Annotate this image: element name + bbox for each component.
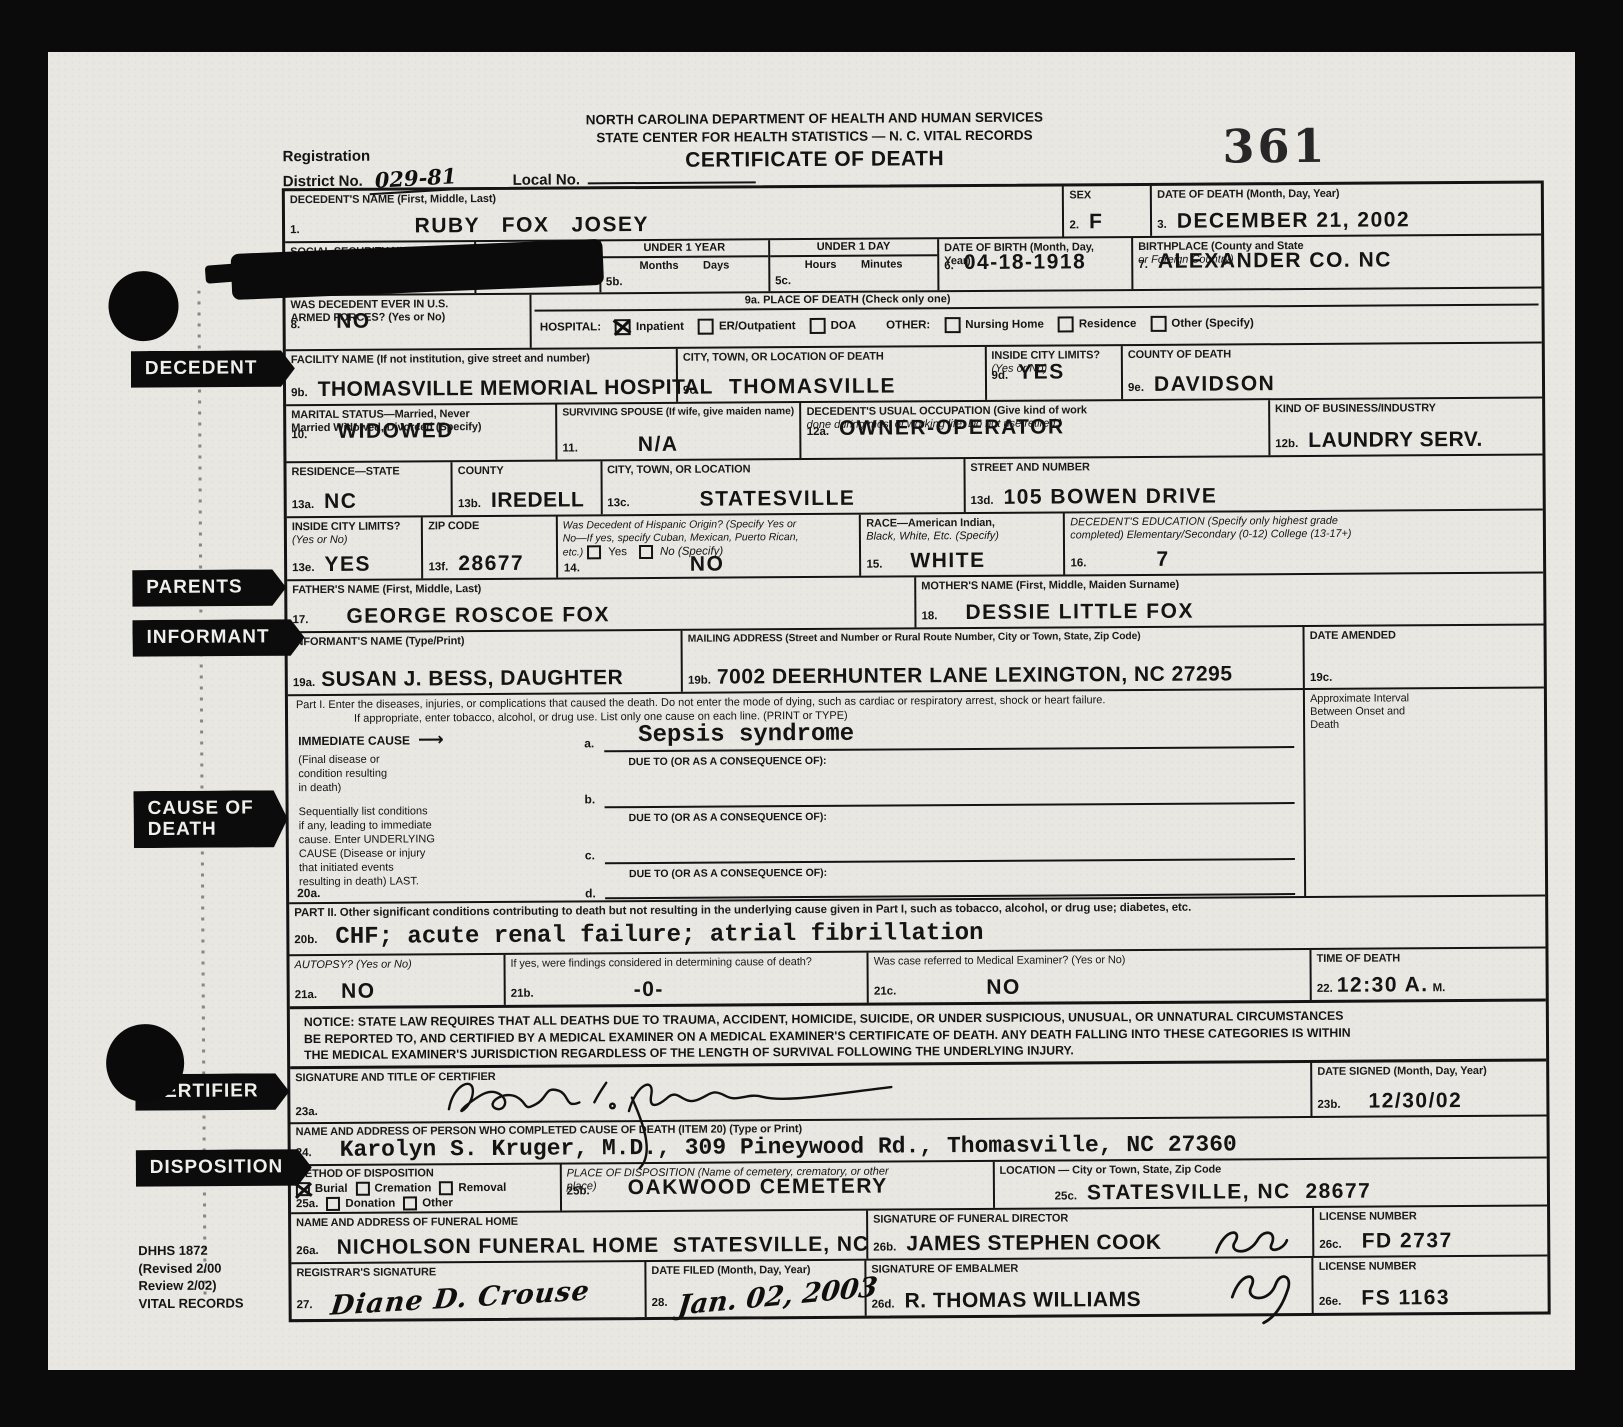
funeral-home-value: NICHOLSON FUNERAL HOME STATESVILLE, NC — [337, 1234, 870, 1258]
res-limits-label2: (Yes or No) — [292, 534, 416, 548]
row-certifier-signature: SIGNATURE AND TITLE OF CERTIFIER 23a. DA… — [290, 1059, 1546, 1123]
findings-value: -0- — [634, 979, 664, 1000]
education-value: 7 — [1156, 549, 1169, 570]
dob-value: 04-18-1918 — [964, 252, 1087, 274]
mother-num: 18. — [921, 610, 937, 622]
embalmer-value: R. THOMAS WILLIAMS — [905, 1289, 1142, 1311]
row-parents: FATHER'S NAME (First, Middle, Last) 17.G… — [287, 572, 1543, 632]
field-business-industry: KIND OF BUSINESS/INDUSTRY 12b.LAUNDRY SE… — [1268, 399, 1542, 456]
field-decedent-name: DECEDENT'S NAME (First, Middle, Last) 1.… — [285, 186, 1063, 241]
under1day-cols: Hours Minutes — [775, 257, 932, 274]
pod-opt-other: Other (Specify) — [1171, 318, 1254, 331]
res-limits-value: YES — [324, 554, 371, 575]
field-method-of-disposition: METHOD OF DISPOSITION Burial Cremation R… — [291, 1165, 560, 1213]
arrow-icon: ⟶ — [418, 733, 444, 748]
field-hispanic-origin: Was Decedent of Hispanic Origin? (Specif… — [556, 515, 860, 578]
certifier-signature — [345, 1067, 1005, 1131]
date-signed-value: 12/30/02 — [1368, 1090, 1462, 1112]
referred-value: NO — [986, 977, 1021, 998]
field-under-1-day: UNDER 1 DAY Hours Minutes 5c. — [768, 239, 938, 291]
immediate-cause-sub3: in death) — [298, 782, 341, 796]
immediate-cause-sub2: condition resulting — [298, 768, 387, 782]
field-mother-name: MOTHER'S NAME (First, Middle, Maiden Sur… — [914, 574, 1543, 628]
field-funeral-home: NAME AND ADDRESS OF FUNERAL HOME 26a.NIC… — [291, 1211, 866, 1263]
field-notice: NOTICE: STATE LAW REQUIRES THAT ALL DEAT… — [290, 1002, 1546, 1067]
cod-county-value: DAVIDSON — [1154, 373, 1275, 395]
under1day-num: 5c. — [775, 275, 791, 287]
race-label2: Black, White, Etc. (Specify) — [866, 530, 1058, 544]
interval-label3: Death — [1310, 718, 1539, 733]
field-date-signed: DATE SIGNED (Month, Day, Year) 23b.12/30… — [1310, 1062, 1546, 1116]
scanned-paper: NORTH CAROLINA DEPARTMENT OF HEALTH AND … — [48, 52, 1575, 1370]
certificate-form: DECEDENT'S NAME (First, Middle, Last) 1.… — [282, 181, 1551, 1323]
hispanic-num: 14. — [564, 562, 580, 574]
zip-num: 13f. — [428, 561, 448, 573]
place-disp-value: OAKWOOD CEMETERY — [628, 1176, 888, 1199]
race-num: 15. — [866, 559, 882, 571]
row-marital: MARITAL STATUS—Married, Never Married Wi… — [286, 397, 1542, 462]
field-date-of-birth: DATE OF BIRTH (Month, Day, Year) 6.04-18… — [937, 238, 1131, 290]
local-no-blank — [588, 181, 756, 184]
autopsy-value: NO — [341, 981, 376, 1002]
informant-value: SUSAN J. BESS, DAUGHTER — [321, 667, 623, 690]
lic-director-value: FD 2737 — [1362, 1230, 1453, 1252]
row-informant: INFORMANT'S NAME (Type/Print) 19a.SUSAN … — [288, 624, 1544, 695]
line-c-underline — [605, 858, 1295, 864]
director-num: 26b. — [873, 1241, 896, 1253]
lic-director-num: 26c. — [1319, 1239, 1341, 1251]
line-b-letter: b. — [584, 792, 595, 806]
field-residence-state: RESIDENCE—STATE 13a.NC — [286, 462, 451, 516]
embalmer-initials-signature — [1218, 1262, 1306, 1315]
field-occupation: DECEDENT'S USUAL OCCUPATION (Give kind o… — [799, 400, 1268, 458]
lic-embalmer-num: 26e. — [1319, 1296, 1341, 1308]
marital-value: WIDOWED — [337, 421, 454, 443]
row-registrar: REGISTRAR'S SIGNATURE 27. Diane D. Crous… — [291, 1255, 1547, 1320]
row-notice: NOTICE: STATE LAW REQUIRES THAT ALL DEAT… — [290, 999, 1546, 1067]
field-approximate-interval: Approximate Interval Between Onset and D… — [1303, 689, 1545, 896]
page-number-stamp: 361 — [1222, 119, 1327, 174]
field-under-1-year: UNDER 1 YEAR Months Days 5b. — [599, 240, 769, 292]
row-part2: PART II. Other significant conditions co… — [289, 895, 1545, 955]
part2-label: PART II. Other significant conditions co… — [294, 900, 1540, 921]
date-filed-handwriting: Jan. 02, 2003 — [676, 1272, 879, 1322]
place-disp-num: 25b. — [567, 1186, 590, 1198]
education-label2: completed) Elementary/Secondary (0-12) C… — [1070, 527, 1538, 543]
res-street-num: 13d. — [970, 495, 993, 507]
dob-num: 6. — [944, 260, 954, 272]
field-findings-considered: If yes, were findings considered in dete… — [503, 953, 867, 1005]
row-facility: FACILITY NAME (If not institution, give … — [286, 342, 1542, 405]
tod-num: 22. — [1317, 983, 1333, 995]
field-place-of-death: 9a. PLACE OF DEATH (Check only one) HOSP… — [530, 289, 1542, 348]
res-county-label: COUNTY — [458, 464, 595, 478]
part2-num: 20b. — [294, 934, 317, 946]
under1day-heading: UNDER 1 DAY — [770, 239, 937, 257]
field-registrar-signature: REGISTRAR'S SIGNATURE 27. Diane D. Crous… — [291, 1262, 644, 1319]
referred-label: Was case referred to Medical Examiner? (… — [874, 953, 1305, 969]
occupation-num: 12a. — [807, 426, 829, 438]
part2-value: CHF; acute renal failure; atrial fibrill… — [335, 922, 983, 950]
part1-num: 20a. — [297, 886, 320, 900]
cod-limits-num: 9d. — [992, 370, 1009, 382]
tod-value: 12:30 A. — [1337, 974, 1429, 996]
field-facility-name: FACILITY NAME (If not institution, give … — [286, 349, 676, 404]
field-father-name: FATHER'S NAME (First, Middle, Last) 17.G… — [287, 577, 914, 631]
loc-disp-num: 25c. — [1055, 1190, 1077, 1202]
res-limits-label: INSIDE CITY LIMITS? — [292, 520, 416, 534]
zip-value: 28677 — [458, 553, 524, 574]
res-city-value: STATESVILLE — [700, 488, 856, 510]
findings-num: 21b. — [511, 988, 534, 1000]
pod-opt-er: ER/Outpatient — [719, 320, 796, 332]
funeral-home-num: 26a. — [296, 1245, 318, 1257]
dod-value: DECEMBER 21, 2002 — [1177, 209, 1410, 231]
field-residence-limits: INSIDE CITY LIMITS? (Yes or No) 13e.YES — [287, 517, 422, 579]
seq-line2: if any, leading to immediate — [299, 819, 432, 834]
res-street-label: STREET AND NUMBER — [970, 459, 1537, 476]
tab-cause-line2: DEATH — [148, 818, 217, 839]
field-city-of-death: CITY, TOWN, OR LOCATION OF DEATH 9c.THOM… — [676, 347, 985, 402]
field-medical-examiner-referred: Was case referred to Medical Examiner? (… — [867, 950, 1310, 1003]
immediate-cause-label: IMMEDIATE CAUSE — [298, 734, 410, 749]
cod-limits-value: YES — [1018, 362, 1065, 383]
tab-disposition: DISPOSITION — [136, 1149, 312, 1187]
occupation-value: OWNER-OPERATOR — [839, 417, 1065, 439]
forces-num: 8. — [291, 319, 301, 331]
race-label: RACE—American Indian, — [866, 516, 1058, 530]
cause-a-value: Sepsis syndrome — [638, 723, 854, 748]
field-director-license: LICENSE NUMBER 26c.FD 2737 — [1312, 1207, 1547, 1256]
business-num: 12b. — [1275, 438, 1298, 450]
field-place-of-disposition: PLACE OF DISPOSITION (Name of cemetery, … — [560, 1162, 993, 1211]
spouse-num: 11. — [562, 442, 577, 454]
field-embalmer-signature: SIGNATURE OF EMBALMER 26d.R. THOMAS WILL… — [864, 1258, 1312, 1316]
field-county-of-death: COUNTY OF DEATH 9e.DAVIDSON — [1121, 344, 1542, 400]
checkbox-nursing-home — [944, 317, 960, 333]
certificate-content: NORTH CAROLINA DEPARTMENT OF HEALTH AND … — [44, 47, 1579, 1374]
res-county-value: IREDELL — [491, 489, 584, 511]
date-signed-label: DATE SIGNED (Month, Day, Year) — [1317, 1065, 1541, 1080]
mailing-label: MAILING ADDRESS (Street and Number or Ru… — [688, 630, 1298, 646]
field-mailing-address: MAILING ADDRESS (Street and Number or Ru… — [681, 627, 1303, 692]
method-opt-other: Other — [422, 1197, 453, 1209]
mother-label: MOTHER'S NAME (First, Middle, Maiden Sur… — [921, 577, 1538, 594]
cod-city-label: CITY, TOWN, OR LOCATION OF DEATH — [683, 350, 980, 365]
field-marital-status: MARITAL STATUS—Married, Never Married Wi… — [286, 405, 555, 462]
registrar-signature-text: Diane D. Crouse — [329, 1275, 592, 1321]
sex-num: 2. — [1069, 219, 1079, 231]
seq-line5: that initiated events — [299, 862, 394, 876]
row-autopsy: AUTOPSY? (Yes or No) 21a.NO If yes, were… — [289, 947, 1545, 1007]
hispanic-label2: No—If yes, specify Cuban, Mexican, Puert… — [563, 530, 855, 544]
pod-hospital-prefix: HOSPITAL: — [540, 322, 601, 334]
mailing-value: 7002 DEERHUNTER LANE LEXINGTON, NC 27295 — [717, 663, 1233, 687]
pod-opt-nursing: Nursing Home — [965, 319, 1044, 331]
under1year-cols: Months Days — [606, 258, 763, 275]
forces-value: NO — [336, 311, 371, 332]
checkbox-doa — [810, 318, 826, 334]
res-limits-num: 13e. — [292, 562, 314, 574]
method-label: METHOD OF DISPOSITION — [296, 1167, 555, 1182]
under1year-heading: UNDER 1 YEAR — [601, 240, 768, 258]
cert-sig-num: 23a. — [295, 1106, 317, 1118]
business-value: LAUNDRY SERV. — [1308, 429, 1483, 451]
checkbox-removal — [439, 1181, 453, 1195]
sex-label: SEX — [1069, 189, 1145, 203]
date-filed-num: 28. — [652, 1297, 668, 1309]
seq-line3: cause. Enter UNDERLYING — [299, 833, 435, 848]
field-date-filed: DATE FILED (Month, Day, Year) 28. Jan. 0… — [644, 1261, 864, 1317]
row-disposition: METHOD OF DISPOSITION Burial Cremation R… — [291, 1157, 1547, 1213]
hole-punch-top — [108, 271, 178, 341]
lic-embalmer-value: FS 1163 — [1361, 1287, 1450, 1309]
autopsy-num: 21a. — [295, 989, 317, 1001]
field-education: DECEDENT'S EDUCATION (Specify only highe… — [1063, 511, 1543, 575]
field-embalmer-license: LICENSE NUMBER 26e.FS 1163 — [1312, 1257, 1548, 1313]
cod-county-num: 9e. — [1128, 382, 1144, 394]
res-state-label: RESIDENCE—STATE — [291, 465, 445, 479]
decedent-name-value: RUBY FOX JOSEY — [415, 214, 649, 236]
tab-cause-line1: CAUSE OF — [148, 797, 254, 819]
field-zip-code: ZIP CODE 13f.28677 — [421, 517, 556, 579]
pod-other-prefix: OTHER: — [886, 320, 930, 332]
line-a-letter: a. — [584, 736, 594, 750]
due-to-c: DUE TO (OR AS A CONSEQUENCE OF): — [629, 867, 827, 880]
res-state-value: NC — [324, 491, 357, 512]
form-footer: DHHS 1872 (Revised 2/00 Review 2/02) VIT… — [138, 1241, 243, 1312]
facility-label: FACILITY NAME (If not institution, give … — [291, 352, 671, 368]
hispanic-value: NO — [690, 554, 725, 575]
tod-suffix: M. — [1433, 982, 1446, 994]
field-certifier-signature: SIGNATURE AND TITLE OF CERTIFIER 23a. — [290, 1063, 1310, 1122]
pod-opt-doa: DOA — [831, 320, 857, 332]
field-part1: Part I. Enter the diseases, injuries, or… — [288, 690, 1304, 902]
cod-city-num: 9c. — [683, 385, 699, 397]
method-num: 25a. — [296, 1198, 318, 1210]
informant-label: INFORMANT'S NAME (Type/Print) — [293, 634, 676, 650]
res-county-num: 13b. — [458, 498, 481, 510]
father-label: FATHER'S NAME (First, Middle, Last) — [292, 580, 909, 597]
father-num: 17. — [292, 614, 308, 626]
row-place-of-death: WAS DECEDENT EVER IN U.S. ARMED FORCES? … — [285, 287, 1541, 350]
seq-line4: CAUSE (Disease or injury — [299, 847, 426, 862]
row-residence: RESIDENCE—STATE 13a.NC COUNTY 13b.IREDEL… — [286, 454, 1542, 517]
decedent-name-num: 1. — [290, 224, 300, 236]
amended-num: 19c. — [1310, 672, 1332, 684]
field-sex: SEX 2.F — [1062, 186, 1150, 237]
row-zip-race-education: INSIDE CITY LIMITS? (Yes or No) 13e.YES … — [287, 509, 1543, 580]
loc-disp-value: STATESVILLE, NC 28677 — [1087, 1181, 1371, 1204]
tab-cause-of-death: CAUSE OFDEATH — [133, 790, 287, 848]
checkbox-inpatient — [615, 319, 631, 335]
tab-informant: INFORMANT — [132, 619, 304, 657]
tab-parents: PARENTS — [132, 569, 286, 606]
birthplace-value: ALEXANDER CO. NC — [1158, 250, 1392, 272]
method-opt-burial: Burial — [315, 1183, 348, 1195]
lic-embalmer-label: LICENSE NUMBER — [1319, 1260, 1543, 1275]
field-inside-limits-death: INSIDE CITY LIMITS? (Yes or No) 9d.YES — [984, 346, 1121, 400]
field-surviving-spouse: SURVIVING SPOUSE (If wife, give maiden n… — [555, 403, 800, 459]
field-residence-county: COUNTY 13b.IREDELL — [451, 461, 601, 515]
director-value: JAMES STEPHEN COOK — [906, 1232, 1161, 1255]
method-opt-removal: Removal — [458, 1182, 506, 1194]
line-d-letter: d. — [585, 886, 596, 900]
checkbox-residence — [1058, 317, 1074, 333]
field-date-amended: DATE AMENDED 19c. — [1303, 626, 1544, 688]
funeral-director-initials-signature — [1198, 1220, 1298, 1263]
facility-num: 9b. — [291, 387, 308, 399]
footer-line2: (Revised 2/00 — [138, 1259, 243, 1277]
res-state-num: 13a. — [292, 499, 314, 511]
funeral-home-label: NAME AND ADDRESS OF FUNERAL HOME — [296, 1214, 861, 1231]
informant-num: 19a. — [293, 677, 315, 689]
completed-value: Karolyn S. Kruger, M.D., 309 Pineywood R… — [340, 1134, 1237, 1162]
field-time-of-death: TIME OF DEATH 22.12:30 A.M. — [1310, 949, 1546, 1000]
marital-num: 10. — [291, 429, 307, 441]
referred-num: 21c. — [874, 985, 896, 997]
race-value: WHITE — [910, 550, 985, 571]
zip-label: ZIP CODE — [428, 520, 550, 534]
line-c-letter: c. — [585, 848, 595, 862]
field-birthplace: BIRTHPLACE (County and State or Foreign … — [1131, 236, 1541, 290]
method-opt-donation: Donation — [345, 1198, 395, 1210]
immediate-cause-sub1: (Final disease or — [298, 754, 379, 768]
findings-label: If yes, were findings considered in dete… — [510, 956, 861, 971]
registrar-num: 27. — [297, 1299, 313, 1311]
checkbox-other-method — [403, 1197, 417, 1211]
field-armed-forces: WAS DECEDENT EVER IN U.S. ARMED FORCES? … — [285, 295, 530, 349]
field-location-of-disposition: LOCATION — City or Town, State, Zip Code… — [992, 1159, 1547, 1208]
res-city-label: CITY, TOWN, OR LOCATION — [607, 462, 958, 477]
row-cause-of-death: Part I. Enter the diseases, injuries, or… — [288, 687, 1545, 903]
pod-opt-inpatient: Inpatient — [636, 321, 684, 333]
mother-value: DESSIE LITTLE FOX — [965, 601, 1194, 623]
line-b-underline — [605, 802, 1295, 808]
due-to-b: DUE TO (OR AS A CONSEQUENCE OF): — [629, 811, 827, 824]
lic-director-label: LICENSE NUMBER — [1319, 1210, 1542, 1225]
footer-line4: VITAL RECORDS — [139, 1294, 244, 1312]
dod-label: DATE OF DEATH (Month, Day, Year) — [1157, 187, 1536, 203]
res-city-num: 13c. — [607, 497, 629, 509]
birthplace-num: 7. — [1138, 259, 1148, 271]
footer-line3: Review 2/02) — [138, 1277, 243, 1295]
spouse-value: N/A — [638, 434, 679, 455]
father-value: GEORGE ROSCOE FOX — [346, 604, 610, 627]
facility-value: THOMASVILLE MEMORIAL HOSPITAL — [318, 377, 713, 400]
row-funeral-home: NAME AND ADDRESS OF FUNERAL HOME 26a.NIC… — [291, 1205, 1547, 1263]
decedent-name-label: DECEDENT'S NAME (First, Middle, Last) — [290, 189, 1058, 207]
seq-line1: Sequentially list conditions — [299, 805, 428, 820]
sex-value: F — [1089, 211, 1103, 232]
method-opt-cremation: Cremation — [374, 1183, 431, 1195]
checkbox-other-place — [1150, 316, 1166, 332]
cod-city-value: THOMASVILLE — [729, 375, 896, 397]
checkbox-cremation — [355, 1182, 369, 1196]
education-num: 16. — [1070, 557, 1086, 569]
field-residence-city: CITY, TOWN, OR LOCATION 13c.STATESVILLE — [600, 459, 964, 514]
pod-opt-residence: Residence — [1079, 318, 1137, 330]
field-autopsy: AUTOPSY? (Yes or No) 21a.NO — [289, 955, 503, 1006]
date-signed-num: 23b. — [1317, 1099, 1340, 1111]
due-to-a: DUE TO (OR AS A CONSEQUENCE OF): — [628, 755, 826, 768]
field-funeral-director-signature: SIGNATURE OF FUNERAL DIRECTOR 26b.JAMES … — [866, 1208, 1312, 1259]
res-street-value: 105 BOWEN DRIVE — [1003, 486, 1217, 508]
field-race: RACE—American Indian, Black, White, Etc.… — [859, 513, 1063, 575]
amended-label: DATE AMENDED — [1310, 629, 1539, 644]
field-residence-street: STREET AND NUMBER 13d.105 BOWEN DRIVE — [963, 456, 1543, 513]
mailing-num: 19b. — [688, 675, 711, 687]
field-date-of-death: DATE OF DEATH (Month, Day, Year) 3.DECEM… — [1150, 184, 1541, 236]
pod-heading: 9a. PLACE OF DEATH (Check only one) — [535, 289, 1539, 312]
checkbox-donation — [326, 1197, 340, 1211]
tod-label: TIME OF DEATH — [1317, 952, 1541, 967]
tab-decedent: DECEDENT — [131, 350, 295, 388]
spouse-label: SURVIVING SPOUSE (If wife, give maiden n… — [562, 406, 794, 420]
row-decedent-name: DECEDENT'S NAME (First, Middle, Last) 1.… — [285, 184, 1541, 242]
loc-disp-label: LOCATION — City or Town, State, Zip Code — [999, 1162, 1541, 1179]
dod-num: 3. — [1157, 219, 1167, 231]
footer-line1: DHHS 1872 — [138, 1241, 243, 1259]
autopsy-label: AUTOPSY? (Yes or No) — [295, 958, 499, 972]
business-label: KIND OF BUSINESS/INDUSTRY — [1275, 402, 1537, 417]
cod-county-label: COUNTY OF DEATH — [1128, 347, 1537, 363]
hole-punch-bottom — [106, 1024, 184, 1102]
under1year-num: 5b. — [606, 276, 623, 288]
checkbox-er-outpatient — [698, 319, 714, 335]
field-part2: PART II. Other significant conditions co… — [289, 897, 1545, 955]
field-informant-name: INFORMANT'S NAME (Type/Print) 19a.SUSAN … — [288, 631, 681, 694]
